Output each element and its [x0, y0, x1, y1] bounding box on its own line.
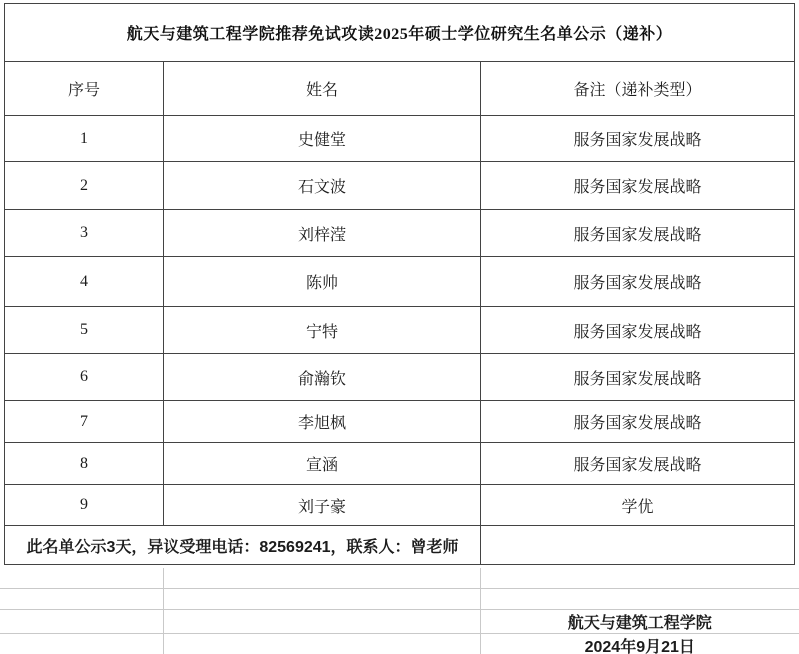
- table-row: 5 宁特 服务国家发展战略: [5, 307, 795, 354]
- signature-date-row: 2024年9月21日: [0, 633, 799, 654]
- empty-cell: [0, 633, 163, 654]
- cell-no: 1: [5, 116, 164, 162]
- cell-name: 陈帅: [164, 257, 481, 307]
- cell-remark: 服务国家发展战略: [481, 257, 795, 307]
- cell-no: 9: [5, 485, 164, 526]
- notice-row: 此名单公示3天，异议受理电话：82569241，联系人：曾老师: [5, 526, 795, 565]
- notice-text: 此名单公示3天，异议受理电话：82569241，联系人：曾老师: [5, 526, 481, 565]
- signature-grid: 航天与建筑工程学院 2024年9月21日: [0, 568, 799, 654]
- cell-name: 石文波: [164, 162, 481, 210]
- signature-org-row: 航天与建筑工程学院: [0, 609, 799, 633]
- cell-remark: 服务国家发展战略: [481, 354, 795, 401]
- signature-org: 航天与建筑工程学院: [480, 609, 799, 633]
- title-row: 航天与建筑工程学院推荐免试攻读2025年硕士学位研究生名单公示（递补）: [5, 4, 795, 62]
- cell-no: 3: [5, 210, 164, 257]
- empty-cell: [0, 568, 163, 588]
- table-row: 8 宣涵 服务国家发展战略: [5, 443, 795, 485]
- cell-remark: 服务国家发展战略: [481, 116, 795, 162]
- empty-cell: [481, 526, 795, 565]
- cell-remark: 服务国家发展战略: [481, 307, 795, 354]
- table-row: 2 石文波 服务国家发展战略: [5, 162, 795, 210]
- cell-remark: 学优: [481, 485, 795, 526]
- empty-grid-row: [0, 568, 799, 588]
- cell-name: 李旭枫: [164, 401, 481, 443]
- table-row: 7 李旭枫 服务国家发展战略: [5, 401, 795, 443]
- cell-name: 宣涵: [164, 443, 481, 485]
- signature-date: 2024年9月21日: [480, 633, 799, 654]
- cell-name: 刘梓滢: [164, 210, 481, 257]
- empty-cell: [163, 633, 480, 654]
- empty-cell: [480, 588, 799, 609]
- table-row: 4 陈帅 服务国家发展战略: [5, 257, 795, 307]
- column-header-no: 序号: [5, 62, 164, 116]
- cell-name: 宁特: [164, 307, 481, 354]
- empty-cell: [0, 588, 163, 609]
- cell-no: 7: [5, 401, 164, 443]
- page-title: 航天与建筑工程学院推荐免试攻读2025年硕士学位研究生名单公示（递补）: [5, 4, 795, 62]
- empty-grid-row: [0, 588, 799, 609]
- cell-no: 4: [5, 257, 164, 307]
- column-header-name: 姓名: [164, 62, 481, 116]
- empty-cell: [163, 588, 480, 609]
- column-header-remark: 备注（递补类型）: [481, 62, 795, 116]
- empty-cell: [0, 609, 163, 633]
- table-row: 9 刘子豪 学优: [5, 485, 795, 526]
- cell-remark: 服务国家发展战略: [481, 401, 795, 443]
- cell-name: 刘子豪: [164, 485, 481, 526]
- cell-no: 6: [5, 354, 164, 401]
- empty-cell: [163, 568, 480, 588]
- cell-remark: 服务国家发展战略: [481, 443, 795, 485]
- cell-name: 俞瀚钦: [164, 354, 481, 401]
- cell-no: 8: [5, 443, 164, 485]
- table-row: 3 刘梓滢 服务国家发展战略: [5, 210, 795, 257]
- cell-no: 5: [5, 307, 164, 354]
- cell-no: 2: [5, 162, 164, 210]
- announcement-table: 航天与建筑工程学院推荐免试攻读2025年硕士学位研究生名单公示（递补） 序号 姓…: [4, 3, 795, 565]
- empty-cell: [480, 568, 799, 588]
- table-row: 1 史健堂 服务国家发展战略: [5, 116, 795, 162]
- cell-remark: 服务国家发展战略: [481, 210, 795, 257]
- cell-remark: 服务国家发展战略: [481, 162, 795, 210]
- table-row: 6 俞瀚钦 服务国家发展战略: [5, 354, 795, 401]
- empty-cell: [163, 609, 480, 633]
- cell-name: 史健堂: [164, 116, 481, 162]
- header-row: 序号 姓名 备注（递补类型）: [5, 62, 795, 116]
